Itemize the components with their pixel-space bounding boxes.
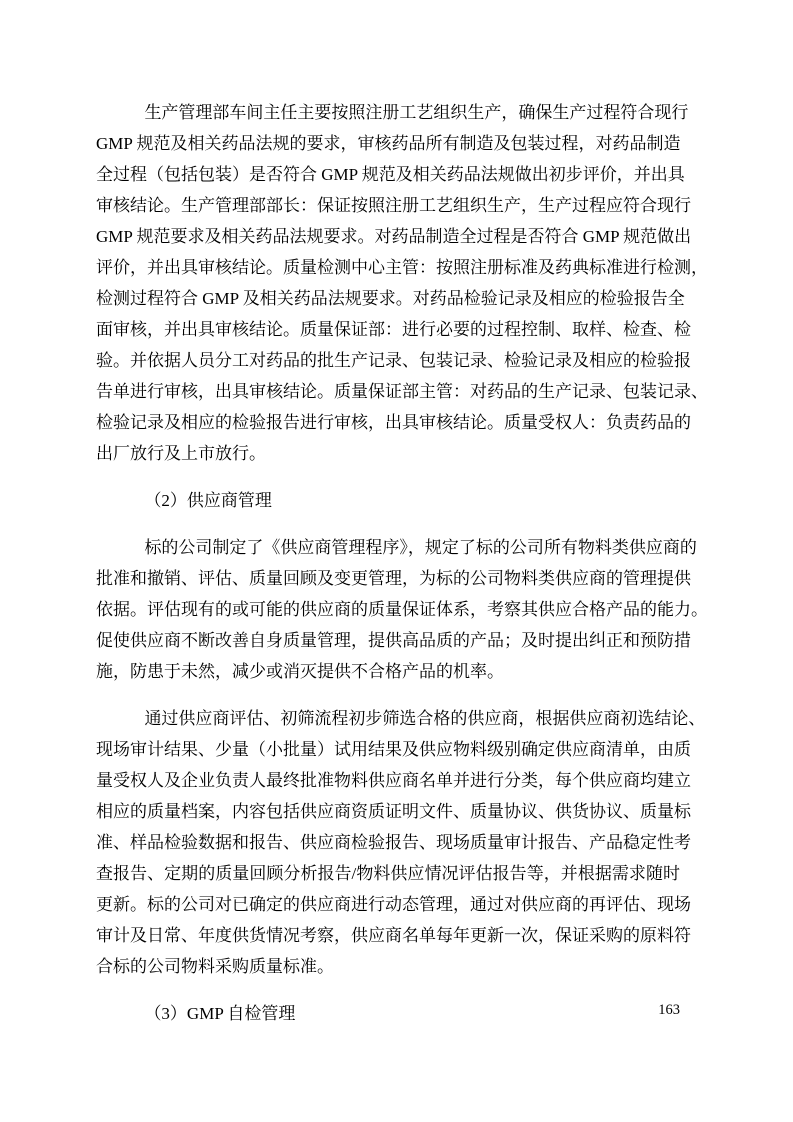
paragraph-line: 告单进行审核，出具审核结论。质量保证部主管：对药品的生产记录、包装记录、 [96, 376, 680, 407]
page-number: 163 [658, 1001, 680, 1019]
paragraph-line: 评价，并出具审核结论。质量检测中心主管：按照注册标准及药典标准进行检测， [96, 252, 680, 283]
paragraph-line: 更新。标的公司对已确定的供应商进行动态管理，通过对供应商的再评估、现场 [96, 889, 680, 920]
paragraph-line: 通过供应商评估、初筛流程初步筛选合格的供应商，根据供应商初选结论、 [96, 703, 680, 734]
paragraph-line: 检测过程符合 GMP 及相关药品法规要求。对药品检验记录及相应的检验报告全 [96, 283, 680, 314]
paragraph-line: 审核结论。生产管理部部长：保证按照注册工艺组织生产，生产过程应符合现行 [96, 190, 680, 221]
paragraph-line: 面审核，并出具审核结论。质量保证部：进行必要的过程控制、取样、检查、检 [96, 314, 680, 345]
paragraph-line: 批准和撤销、评估、质量回顾及变更管理，为标的公司物料类供应商的管理提供 [96, 563, 680, 594]
paragraph-line: 相应的质量档案，内容包括供应商资质证明文件、质量协议、供货协议、质量标 [96, 796, 680, 827]
paragraph-supplier-evaluation: 通过供应商评估、初筛流程初步筛选合格的供应商，根据供应商初选结论、 现场审计结果… [96, 703, 680, 982]
paragraph-line: 依据。评估现有的或可能的供应商的质量保证体系，考察其供应合格产品的能力。 [96, 594, 680, 625]
paragraph-responsibilities: 生产管理部车间主任主要按照注册工艺组织生产，确保生产过程符合现行 GMP 规范及… [96, 97, 680, 469]
document-page: 生产管理部车间主任主要按照注册工艺组织生产，确保生产过程符合现行 GMP 规范及… [0, 0, 793, 1122]
paragraph-line: 准、样品检验数据和报告、供应商检验报告、现场质量审计报告、产品稳定性考 [96, 827, 680, 858]
paragraph-line: 施，防患于未然，减少或消灭提供不合格产品的机率。 [96, 656, 680, 687]
paragraph-line: 查报告、定期的质量回顾分析报告/物料供应情况评估报告等，并根据需求随时 [96, 858, 680, 889]
paragraph-line: 现场审计结果、少量（小批量）试用结果及供应物料级别确定供应商清单，由质 [96, 734, 680, 765]
paragraph-line: 量受权人及企业负责人最终批准物料供应商名单并进行分类，每个供应商均建立 [96, 765, 680, 796]
paragraph-line: GMP 规范及相关药品法规的要求，审核药品所有制造及包装过程，对药品制造 [96, 128, 680, 159]
section-heading-gmp-self-inspection: （3）GMP 自检管理 [96, 998, 680, 1029]
paragraph-line: 检验记录及相应的检验报告进行审核，出具审核结论。质量受权人：负责药品的 [96, 407, 680, 438]
paragraph-supplier-program: 标的公司制定了《供应商管理程序》，规定了标的公司所有物料类供应商的 批准和撤销、… [96, 532, 680, 687]
paragraph-line: GMP 规范要求及相关药品法规要求。对药品制造全过程是否符合 GMP 规范做出 [96, 221, 680, 252]
paragraph-line: 出厂放行及上市放行。 [96, 438, 680, 469]
paragraph-line: 验。并依据人员分工对药品的批生产记录、包装记录、检验记录及相应的检验报 [96, 345, 680, 376]
paragraph-line: 标的公司制定了《供应商管理程序》，规定了标的公司所有物料类供应商的 [96, 532, 680, 563]
paragraph-line: 促使供应商不断改善自身质量管理，提供高品质的产品；及时提出纠正和预防措 [96, 625, 680, 656]
paragraph-line: 审计及日常、年度供货情况考察，供应商名单每年更新一次，保证采购的原料符 [96, 920, 680, 951]
paragraph-line: 合标的公司物料采购质量标准。 [96, 951, 680, 982]
paragraph-line: 全过程（包括包装）是否符合 GMP 规范及相关药品法规做出初步评价，并出具 [96, 159, 680, 190]
paragraph-line: 生产管理部车间主任主要按照注册工艺组织生产，确保生产过程符合现行 [96, 97, 680, 128]
section-heading-supplier-management: （2）供应商管理 [96, 485, 680, 516]
document-body: 生产管理部车间主任主要按照注册工艺组织生产，确保生产过程符合现行 GMP 规范及… [96, 97, 680, 1045]
